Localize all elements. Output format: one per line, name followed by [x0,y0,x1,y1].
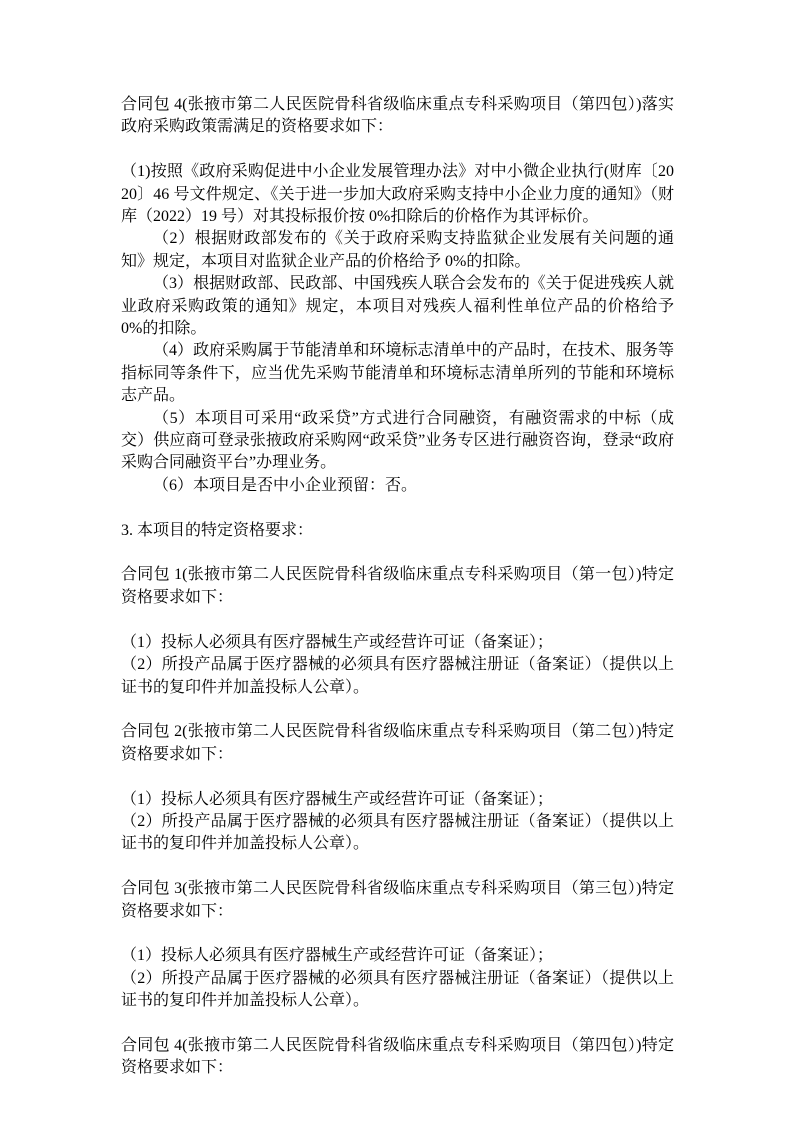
pkg2-req-2: （2）所投产品属于医疗器械的必须具有医疗器械注册证（备案证）（提供以上证书的复印… [121,811,674,856]
policy-item-4: （4）政府采购属于节能清单和环境标志清单中的产品时，在技术、服务等指标同等条件下… [121,340,674,407]
policy-item-6: （6）本项目是否中小企业预留：否。 [121,475,674,497]
contract-pkg2-intro: 合同包 2(张掖市第二人民医院骨科省级临床重点专科采购项目（第二包）)特定资格要… [121,721,674,766]
policy-item-1: （1)按照《政府采购促进中小企业发展管理办法》对中小微企业执行(财库〔2020〕… [121,161,674,228]
policy-item-3: （3）根据财政部、民政部、中国残疾人联合会发布的《关于促进残疾人就业政府采购政策… [121,273,674,340]
contract-pkg1-intro: 合同包 1(张掖市第二人民医院骨科省级临床重点专科采购项目（第一包）)特定资格要… [121,564,674,609]
contract-pkg3-intro: 合同包 3(张掖市第二人民医院骨科省级临床重点专科采购项目（第三包）)特定资格要… [121,878,674,923]
pkg3-req-2: （2）所投产品属于医疗器械的必须具有医疗器械注册证（备案证）（提供以上证书的复印… [121,968,674,1013]
document-text-block: 合同包 4(张掖市第二人民医院骨科省级临床重点专科采购项目（第四包）)落实政府采… [121,94,674,1080]
policy-item-5: （5）本项目可采用“政采贷”方式进行合同融资，有融资需求的中标（成交）供应商可登… [121,408,674,475]
document-page: 合同包 4(张掖市第二人民医院骨科省级临床重点专科采购项目（第四包）)落实政府采… [0,0,793,1122]
contract-pkg4-policy-intro: 合同包 4(张掖市第二人民医院骨科省级临床重点专科采购项目（第四包）)落实政府采… [121,94,674,139]
pkg3-req-1: （1）投标人必须具有医疗器械生产或经营许可证（备案证）； [121,945,674,967]
pkg1-req-2: （2）所投产品属于医疗器械的必须具有医疗器械注册证（备案证）（提供以上证书的复印… [121,654,674,699]
section-3-heading: 3. 本项目的特定资格要求： [121,520,674,542]
pkg2-req-1: （1）投标人必须具有医疗器械生产或经营许可证（备案证）； [121,789,674,811]
contract-pkg4-intro: 合同包 4(张掖市第二人民医院骨科省级临床重点专科采购项目（第四包）)特定资格要… [121,1035,674,1080]
pkg1-req-1: （1）投标人必须具有医疗器械生产或经营许可证（备案证）； [121,632,674,654]
policy-item-2: （2）根据财政部发布的《关于政府采购支持监狱企业发展有关问题的通知》规定，本项目… [121,228,674,273]
